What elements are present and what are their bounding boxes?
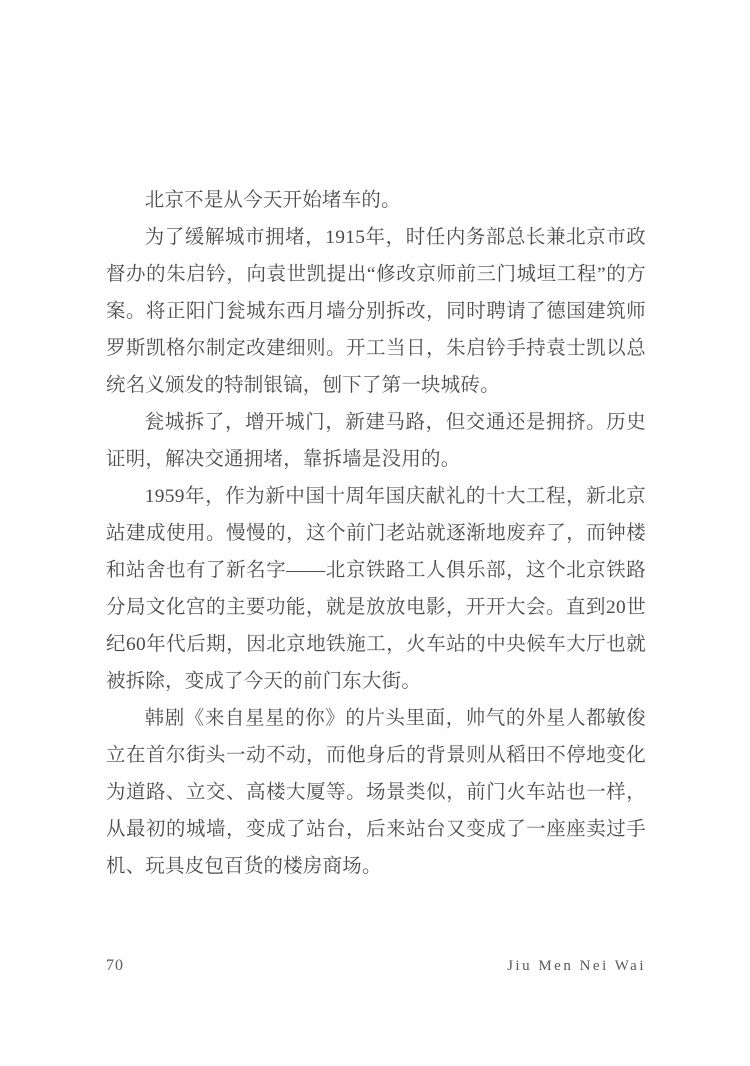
- page-number: 70: [106, 957, 124, 975]
- paragraph: 韩剧《来自星星的你》的片头里面，帅气的外星人都敏俊立在首尔街头一动不动，而他身后…: [106, 700, 646, 885]
- book-page: 北京不是从今天开始堵车的。 为了缓解城市拥堵，1915年，时任内务部总长兼北京市…: [0, 0, 750, 1066]
- paragraph: 1959年，作为新中国十周年国庆献礼的十大工程，新北京站建成使用。慢慢的，这个前…: [106, 478, 646, 700]
- page-footer: 70 Jiu Men Nei Wai: [106, 957, 646, 975]
- paragraph: 为了缓解城市拥堵，1915年，时任内务部总长兼北京市政督办的朱启钤，向袁世凯提出…: [106, 219, 646, 404]
- page-body-text: 北京不是从今天开始堵车的。 为了缓解城市拥堵，1915年，时任内务部总长兼北京市…: [106, 182, 646, 885]
- paragraph: 瓮城拆了，增开城门，新建马路，但交通还是拥挤。历史证明，解决交通拥堵，靠拆墙是没…: [106, 404, 646, 478]
- paragraph: 北京不是从今天开始堵车的。: [106, 182, 646, 219]
- running-title: Jiu Men Nei Wai: [507, 958, 646, 975]
